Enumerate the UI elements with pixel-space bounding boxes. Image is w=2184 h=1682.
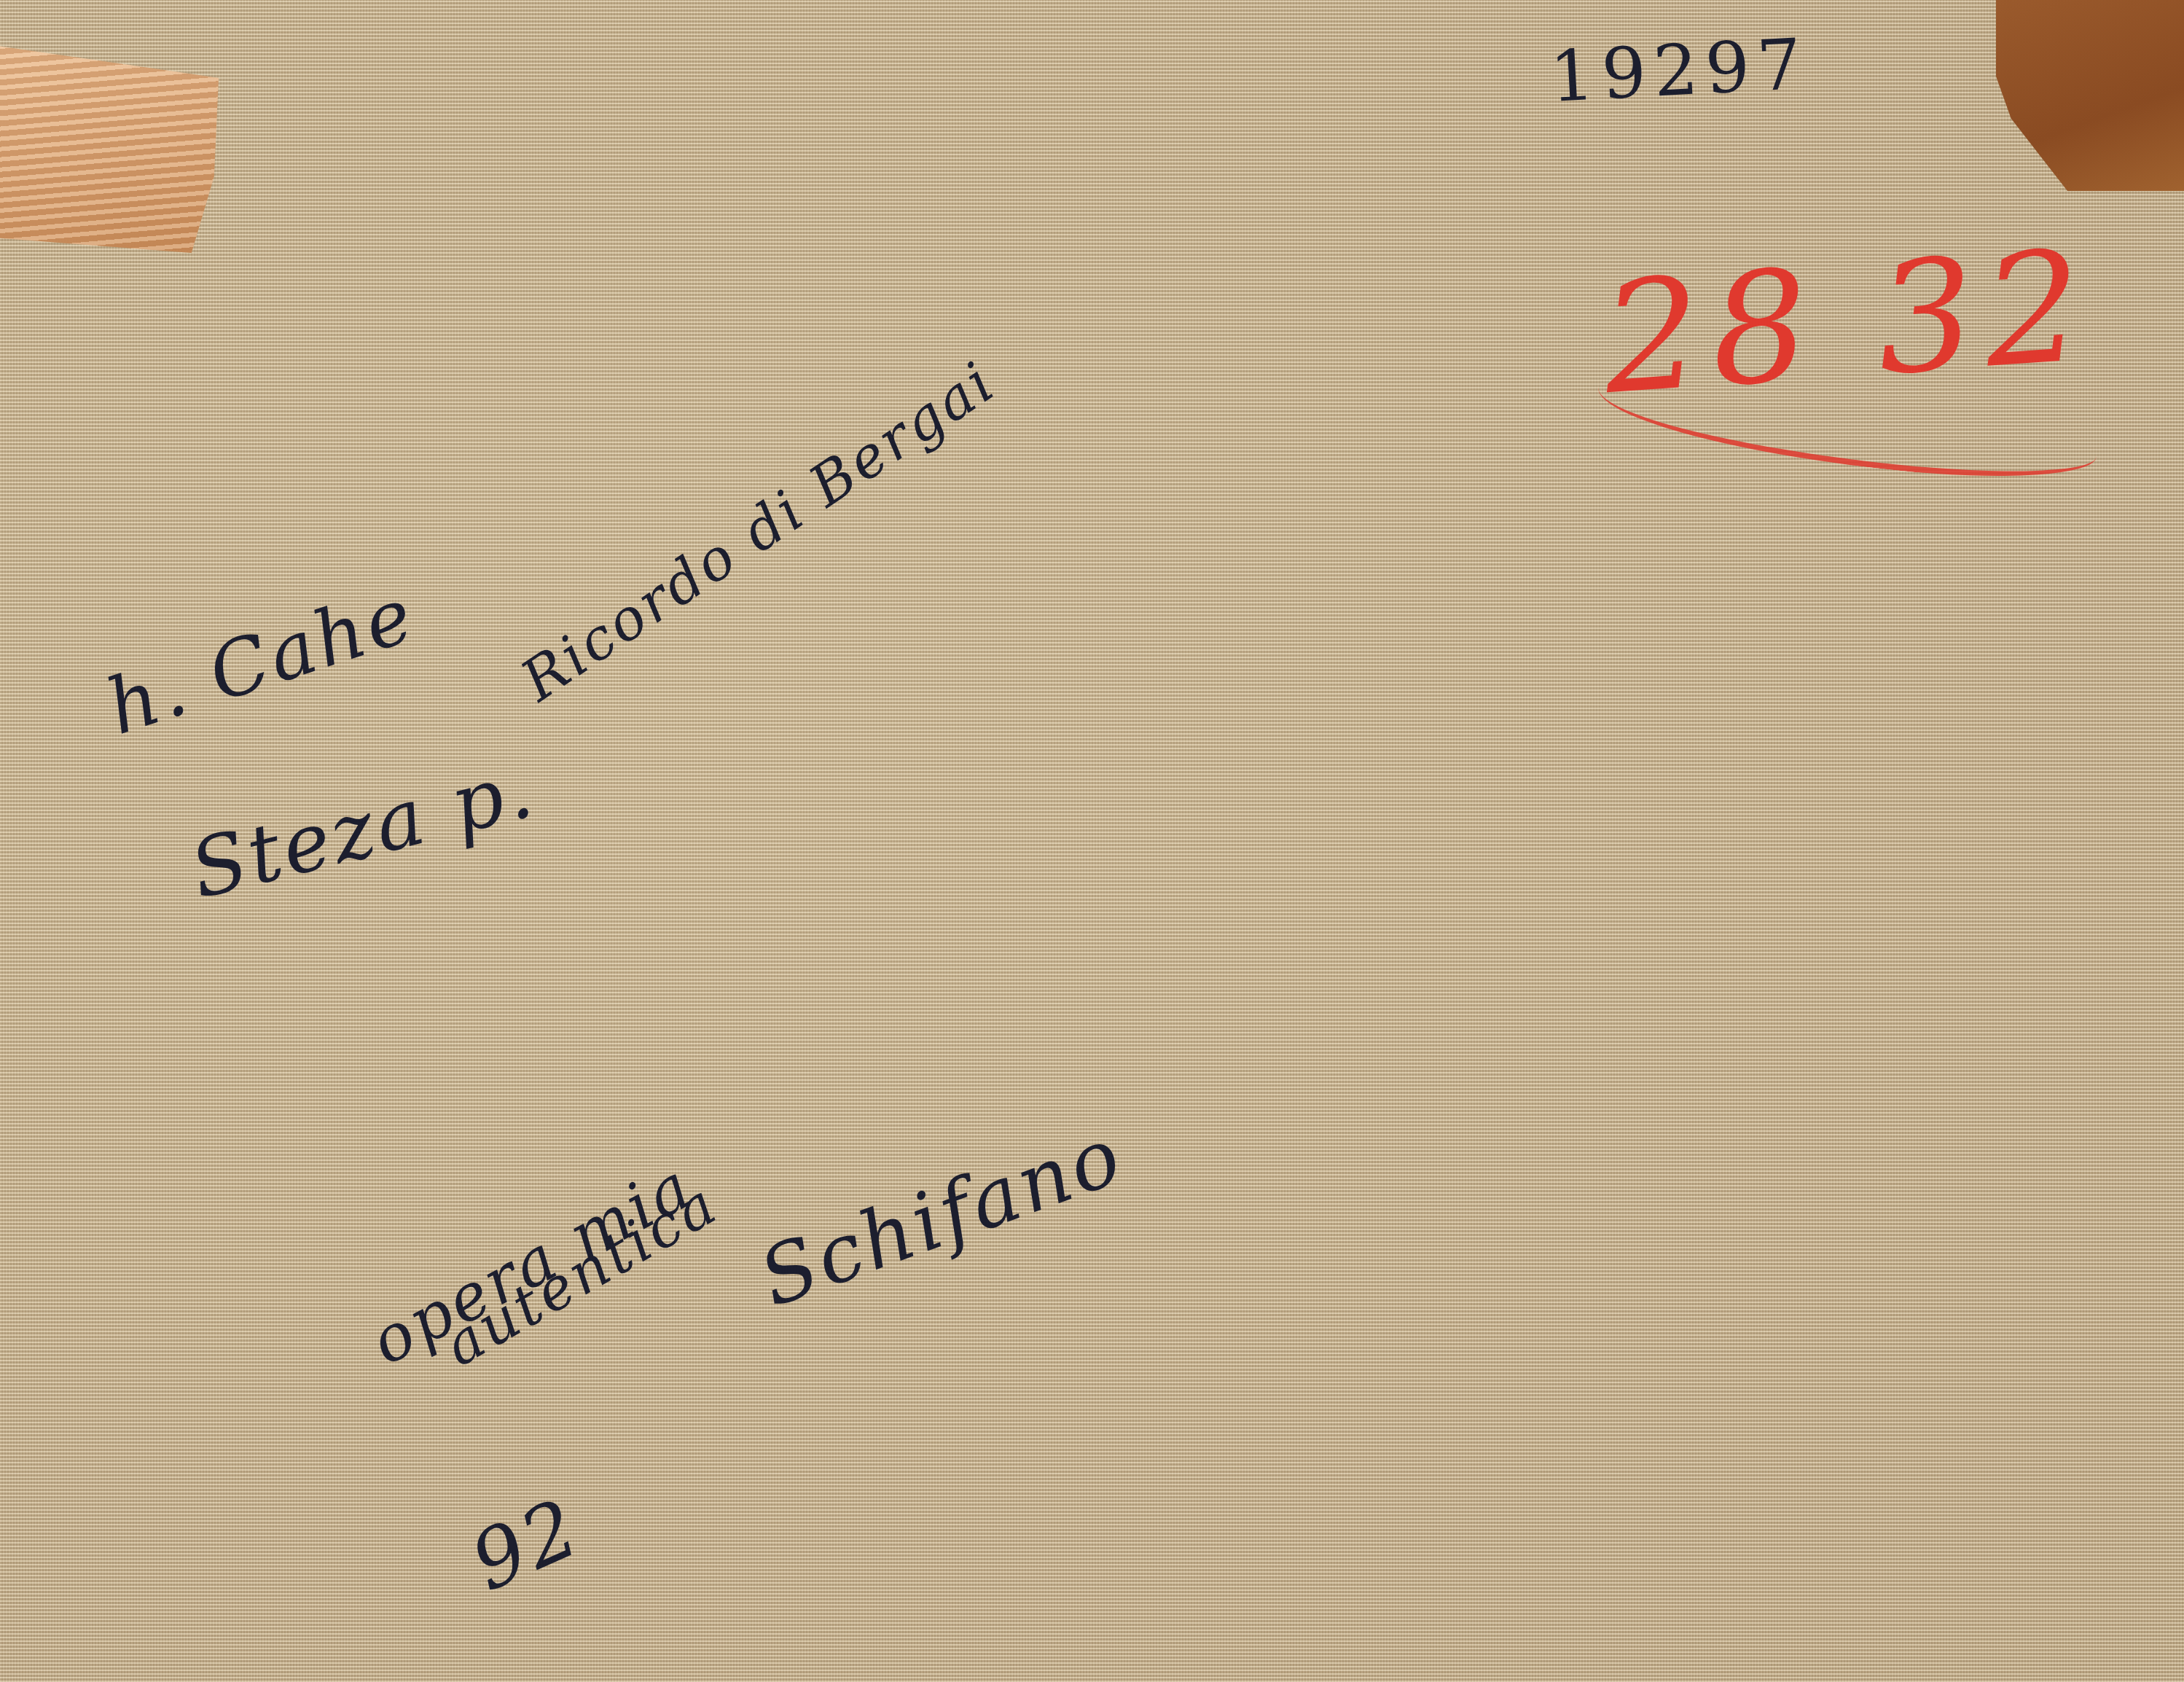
inventory-number: 19297 — [1548, 23, 1811, 118]
inscription-title-line-1: h. Cahe — [96, 570, 425, 752]
stretcher-wood-left — [0, 45, 219, 264]
inscription-year: 92 — [458, 1480, 594, 1609]
canvas-back-surface: 19297 28 32 h. Cahe Steza p. Ricordo di … — [0, 0, 2184, 1682]
inscription-dedication: Ricordo di Bergai — [510, 349, 1008, 714]
inscription-signature: Schifano — [748, 1108, 1135, 1325]
inscription-title-line-2: Steza p. — [181, 742, 544, 917]
stretcher-wood-right — [1996, 0, 2184, 191]
